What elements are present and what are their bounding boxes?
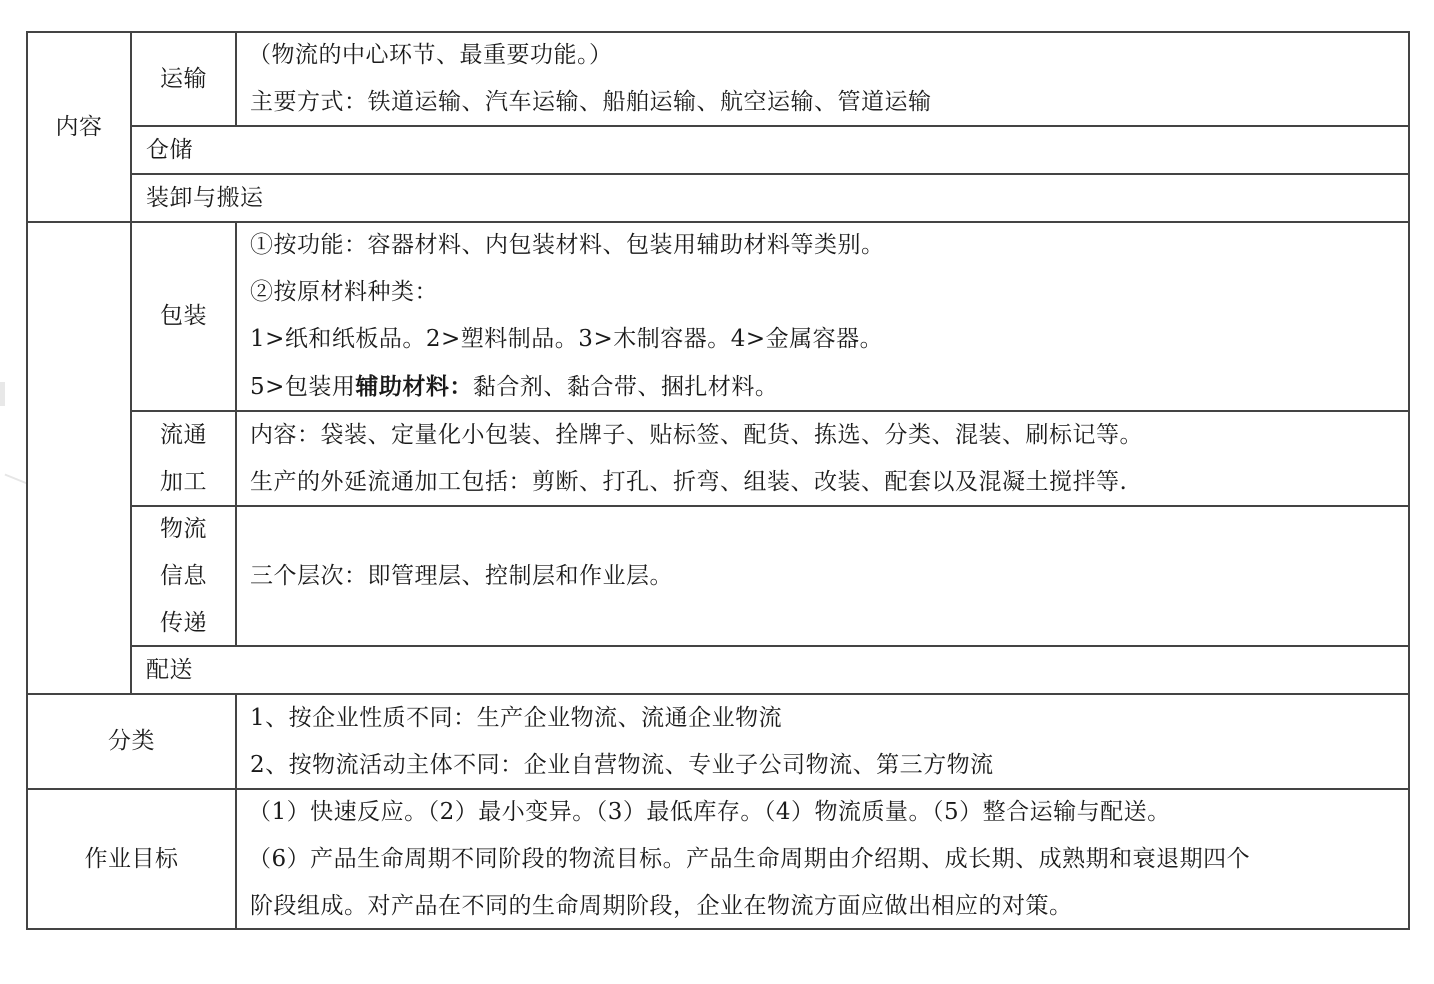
- row-label-processing: 流通 加工: [132, 412, 235, 505]
- row-label-text: 传递: [160, 600, 207, 647]
- table-divider: [235, 693, 237, 930]
- bold-term: 辅助材料：: [355, 373, 473, 400]
- section-content-goals: （1）快速反应。（2）最小变异。（3）最低库存。（4）物流质量。（5）整合运输与…: [250, 790, 1405, 928]
- row-label-text: 配送: [146, 647, 1396, 694]
- section-label-content: 内容: [28, 33, 130, 221]
- row-content-processing: 内容：袋装、定量化小包装、拴牌子、贴标签、配货、拣选、分类、混装、刷标记等。 生…: [250, 412, 1400, 505]
- text-segment: 黏合剂、黏合带、捆扎材料。: [473, 374, 779, 400]
- row-label-text: 仓储: [146, 127, 1396, 174]
- text-line: 1>纸和纸板品。2>塑料制品。3>木制容器。4>金属容器。: [250, 316, 1400, 363]
- section-label-goals: 作业目标: [28, 790, 235, 928]
- row-storage: 仓储: [146, 127, 1396, 173]
- row-handling: 装卸与搬运: [146, 175, 1396, 221]
- row-label-text: 信息: [160, 553, 207, 600]
- text-line: （1）快速反应。（2）最小变异。（3）最低库存。（4）物流质量。（5）整合运输与…: [248, 789, 1405, 836]
- row-content-packaging: ①按功能：容器材料、内包装材料、包装用辅助材料等类别。 ②按原材料种类： 1>纸…: [250, 223, 1400, 410]
- text-segment: 5>包装用: [250, 374, 355, 400]
- table-divider: [235, 221, 237, 647]
- scan-artifact: [0, 382, 5, 406]
- row-label-transport: 运输: [132, 33, 235, 125]
- text-line: 2、按物流活动主体不同：企业自营物流、专业子公司物流、第三方物流: [250, 742, 1400, 789]
- text-line: 阶段组成。对产品在不同的生命周期阶段，企业在物流方面应做出相应的对策。: [250, 883, 1405, 930]
- row-label-text: 运输: [160, 56, 207, 103]
- row-label-text: 包装: [160, 293, 207, 340]
- text-line: 主要方式：铁道运输、汽车运输、船舶运输、航空运输、管道运输: [250, 79, 1400, 126]
- section-label-text: 分类: [108, 718, 155, 765]
- section-label-classification: 分类: [28, 695, 235, 788]
- text-line: （物流的中心环节、最重要功能。）: [248, 32, 1400, 79]
- text-line: 5>包装用辅助材料：黏合剂、黏合带、捆扎材料。: [250, 363, 1400, 411]
- text-line: 三个层次：即管理层、控制层和作业层。: [250, 553, 1400, 600]
- section-content-classification: 1、按企业性质不同：生产企业物流、流通企业物流 2、按物流活动主体不同：企业自营…: [250, 695, 1400, 788]
- table-divider: [235, 31, 237, 127]
- table-border-right: [1408, 31, 1410, 930]
- text-line: 1、按企业性质不同：生产企业物流、流通企业物流: [250, 695, 1400, 742]
- row-label-packaging: 包装: [132, 223, 235, 410]
- section-label-text: 作业目标: [85, 836, 179, 883]
- row-label-text: 物流: [160, 506, 207, 553]
- row-label-text: 流通: [160, 412, 207, 459]
- text-line: ②按原材料种类：: [250, 269, 1400, 316]
- text-line: 内容：袋装、定量化小包装、拴牌子、贴标签、配货、拣选、分类、混装、刷标记等。: [250, 412, 1400, 459]
- text-line: （6）产品生命周期不同阶段的物流目标。产品生命周期由介绍期、成长期、成熟期和衰退…: [248, 836, 1405, 883]
- row-content-info: 三个层次：即管理层、控制层和作业层。: [250, 507, 1400, 645]
- scan-artifact: [4, 474, 27, 485]
- document-page: 内容 运输 （物流的中心环节、最重要功能。） 主要方式：铁道运输、汽车运输、船舶…: [0, 0, 1434, 984]
- row-label-info: 物流 信息 传递: [132, 507, 235, 645]
- row-delivery: 配送: [146, 647, 1396, 693]
- row-label-text: 装卸与搬运: [146, 175, 1396, 222]
- text-line: ①按功能：容器材料、内包装材料、包装用辅助材料等类别。: [250, 222, 1400, 269]
- text-line: 生产的外延流通加工包括：剪断、打孔、折弯、组装、改装、配套以及混凝土搅拌等.: [250, 459, 1400, 506]
- section-label-text: 内容: [56, 104, 103, 151]
- row-content-transport: （物流的中心环节、最重要功能。） 主要方式：铁道运输、汽车运输、船舶运输、航空运…: [250, 33, 1400, 125]
- row-label-text: 加工: [160, 459, 207, 506]
